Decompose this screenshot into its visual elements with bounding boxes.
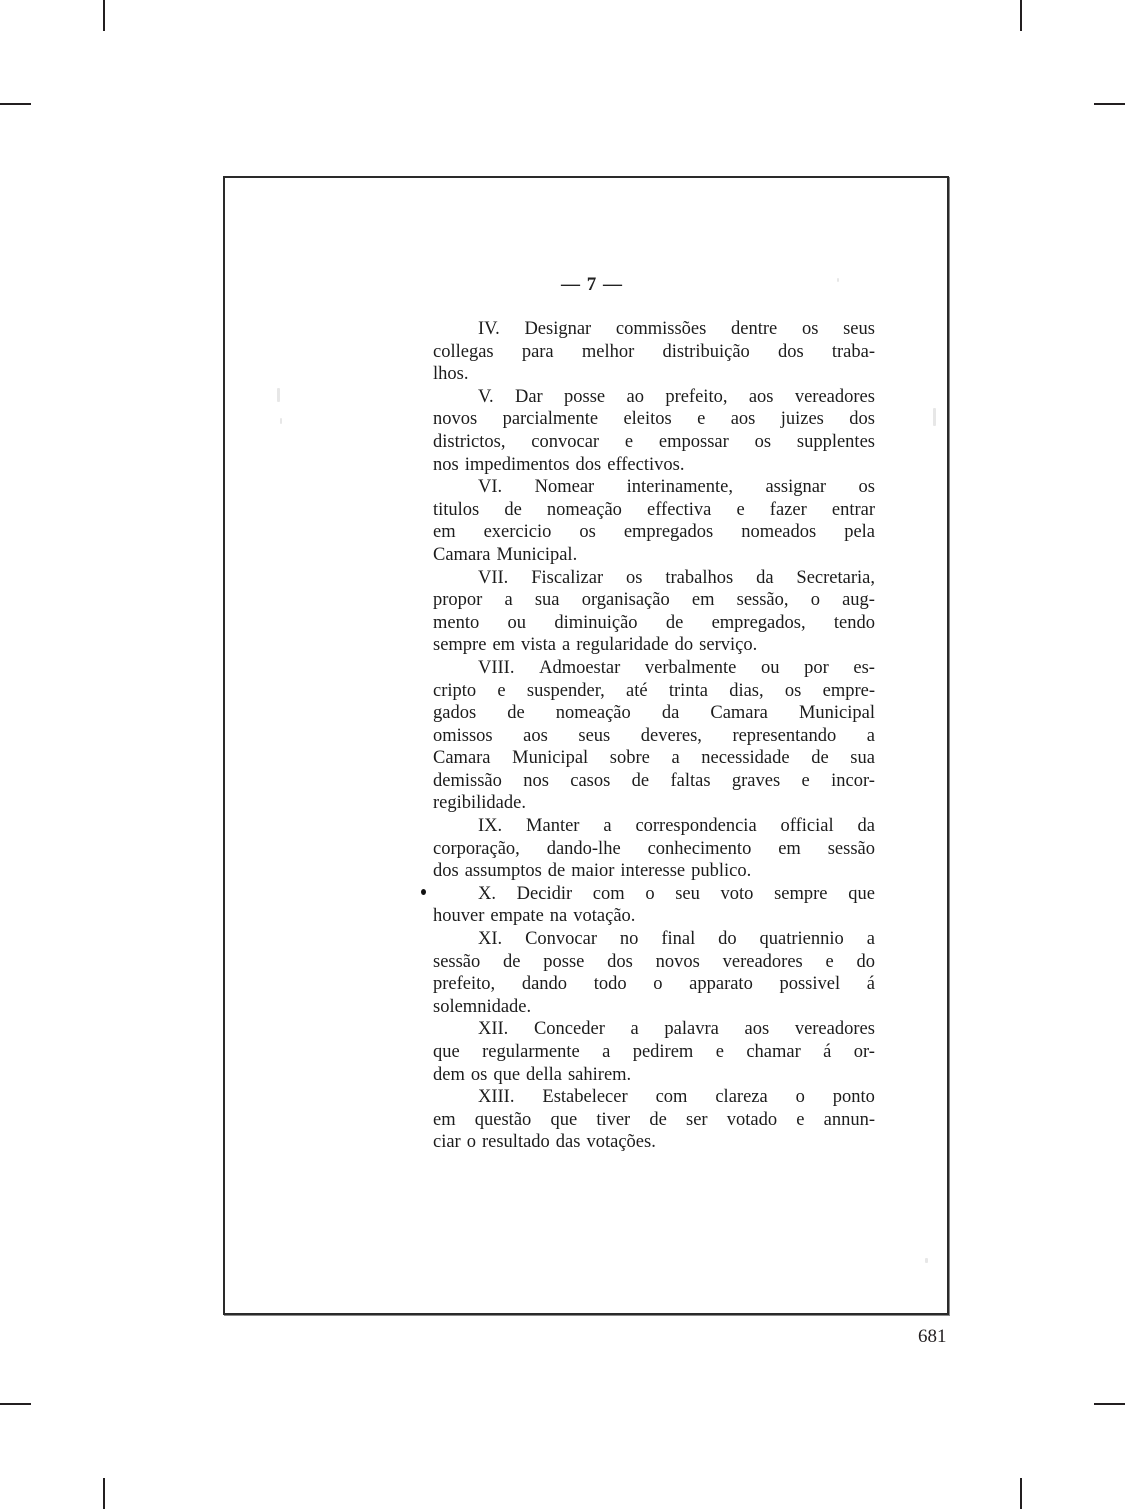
- text-line: IX.Manteracorrespondenciaofficialda: [433, 815, 875, 838]
- scan-speck: [933, 408, 936, 426]
- running-head-page-number: — 7 —: [225, 274, 947, 296]
- article-paragraph-ix: IX.Manteracorrespondenciaofficialdacorpo…: [433, 815, 875, 883]
- text-line: ciaroresultadodasvotações.: [433, 1131, 875, 1154]
- text-line: houverempatenavotação.: [433, 905, 875, 928]
- crop-mark-bottom-left-vertical: [103, 1478, 105, 1509]
- crop-mark-top-left-vertical: [103, 0, 105, 31]
- article-paragraph-xii: XII.Concederapalavraaosvereadoresqueregu…: [433, 1018, 875, 1086]
- ink-bullet-mark: [421, 889, 426, 895]
- article-paragraph-viii: VIII.Admoestarverbalmenteoupores-criptoe…: [433, 657, 875, 815]
- article-paragraph-x: X.Decidircomoseuvotosemprequehouverempat…: [433, 883, 875, 928]
- scan-speck: [925, 1258, 928, 1263]
- text-line: collegasparamelhordistribuiçãodostraba-: [433, 341, 875, 364]
- article-paragraph-xiii: XIII.Estabelecercomclarezaopontoemquestã…: [433, 1086, 875, 1154]
- text-line: VI.Nomearinterinamente,assignaros: [433, 476, 875, 499]
- text-line: CamaraMunicipal.: [433, 544, 875, 567]
- text-line: queregularmenteapediremechamaráor-: [433, 1041, 875, 1064]
- text-line: demissãonoscasosdefaltasgraveseincor-: [433, 770, 875, 793]
- text-line: districtos,convocareempossarossupplentes: [433, 431, 875, 454]
- crop-mark-bottom-right-horizontal: [1094, 1403, 1125, 1405]
- folio-page-number: 681: [918, 1326, 947, 1348]
- text-line: omissosaosseusdeveres,representandoa: [433, 725, 875, 748]
- text-line: solemnidade.: [433, 996, 875, 1019]
- text-line: VIII.Admoestarverbalmenteoupores-: [433, 657, 875, 680]
- text-line: lhos.: [433, 363, 875, 386]
- text-line: sempreemvistaaregularidadedoserviço.: [433, 634, 875, 657]
- text-line: proporasuaorganisaçãoemsessão,oaug-: [433, 589, 875, 612]
- text-line: regibilidade.: [433, 792, 875, 815]
- text-line: XII.Concederapalavraaosvereadores: [433, 1018, 875, 1041]
- text-line: titulosdenomeaçãoeffectivaefazerentrar: [433, 499, 875, 522]
- document-body: IV.Designarcommissõesdentreosseuscollega…: [433, 318, 875, 1154]
- text-line: emexercicioosempregadosnomeadospela: [433, 521, 875, 544]
- text-line: emquestãoquetiverdeservotadoeannun-: [433, 1109, 875, 1132]
- crop-mark-top-right-vertical: [1020, 0, 1022, 31]
- text-line: demosquedellasahirem.: [433, 1064, 875, 1087]
- text-line: IV.Designarcommissõesdentreosseus: [433, 318, 875, 341]
- article-paragraph-vi: VI.Nomearinterinamente,assignarostitulos…: [433, 476, 875, 566]
- text-line: nosimpedimentosdoseffectivos.: [433, 454, 875, 477]
- text-line: dosassumptosdemaiorinteressepublico.: [433, 860, 875, 883]
- text-line: gadosdenomeaçãodaCamaraMunicipal: [433, 702, 875, 725]
- text-line: XI.Convocarnofinaldoquatriennioa: [433, 928, 875, 951]
- text-line: sessãodepossedosnovosvereadoresedo: [433, 951, 875, 974]
- scanned-page-frame: — 7 — IV.Designarcommissõesdentreosseusc…: [223, 176, 949, 1315]
- crop-mark-top-left-horizontal: [0, 103, 31, 105]
- article-paragraph-xi: XI.Convocarnofinaldoquatriennioasessãode…: [433, 928, 875, 1018]
- crop-mark-bottom-right-vertical: [1020, 1478, 1022, 1509]
- text-line: X.Decidircomoseuvotosempreque: [433, 883, 875, 906]
- article-paragraph-v: V.Darposseaoprefeito,aosvereadoresnovosp…: [433, 386, 875, 476]
- text-line: VII.FiscalizarostrabalhosdaSecretaria,: [433, 567, 875, 590]
- text-line: criptoesuspender,atétrintadias,osempre-: [433, 680, 875, 703]
- text-line: CamaraMunicipalsobreanecessidadedesua: [433, 747, 875, 770]
- article-paragraph-iv: IV.Designarcommissõesdentreosseuscollega…: [433, 318, 875, 386]
- article-paragraph-vii: VII.FiscalizarostrabalhosdaSecretaria,pr…: [433, 567, 875, 657]
- scan-speck: [280, 418, 282, 424]
- text-line: corporação,dando-lheconhecimentoemsessão: [433, 838, 875, 861]
- text-line: V.Darposseaoprefeito,aosvereadores: [433, 386, 875, 409]
- crop-mark-top-right-horizontal: [1094, 103, 1125, 105]
- scan-speck: [277, 388, 280, 402]
- text-line: novosparcialmenteeleitoseaosjuizesdos: [433, 408, 875, 431]
- text-line: prefeito,dandotodooapparatopossivelá: [433, 973, 875, 996]
- text-line: XIII.Estabelecercomclarezaoponto: [433, 1086, 875, 1109]
- crop-mark-bottom-left-horizontal: [0, 1403, 31, 1405]
- text-line: mentooudiminuiçãodeempregados,tendo: [433, 612, 875, 635]
